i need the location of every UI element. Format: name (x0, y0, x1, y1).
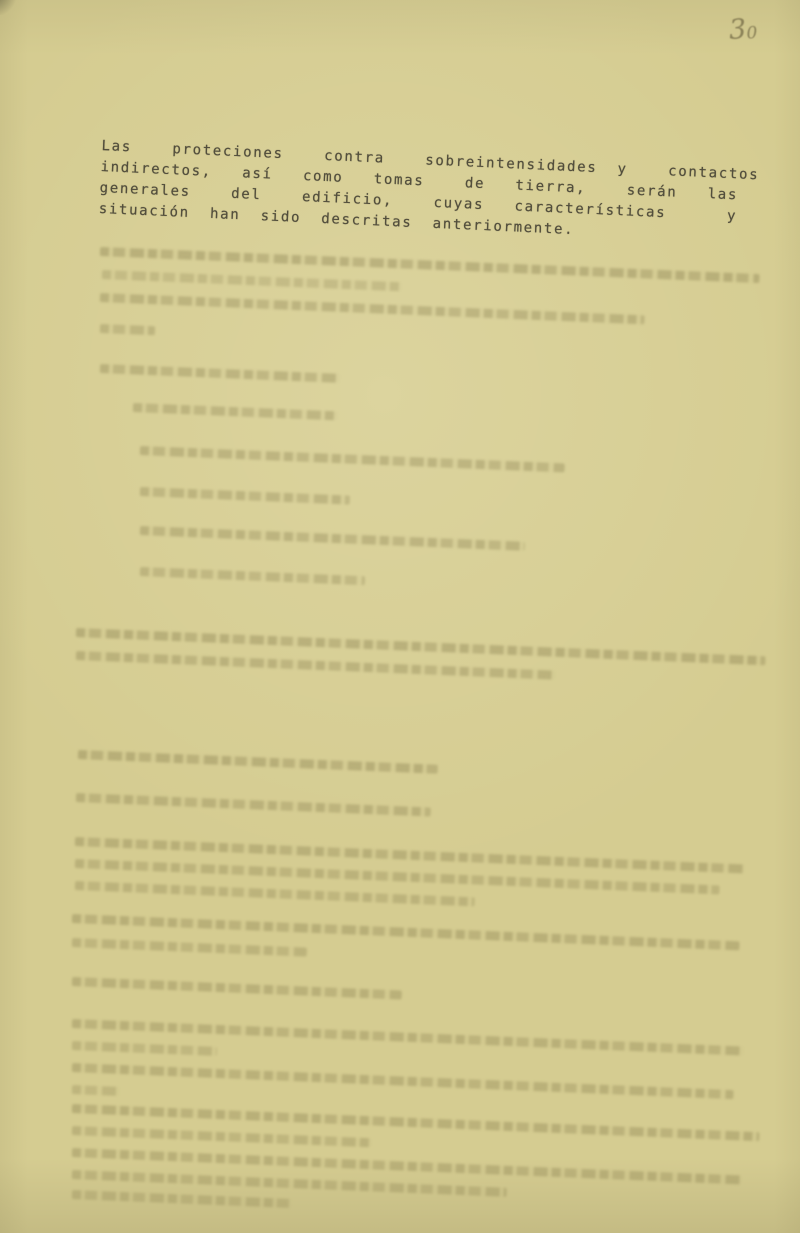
bleed-through-line (78, 750, 438, 774)
bleed-through-line (140, 526, 525, 551)
bleed-through-line (140, 487, 350, 505)
bleed-through-line (133, 403, 338, 420)
bleed-through-line (75, 837, 745, 873)
bleed-through-line (72, 1126, 372, 1147)
bleed-through-line (100, 364, 340, 383)
bleed-through-line (140, 446, 565, 472)
bleed-through-line (72, 1063, 734, 1099)
bleed-through-line (72, 1148, 742, 1184)
scanned-document-page: 30 Las proteciones contra sobreintensida… (0, 0, 800, 1233)
page-number-digit-2: 0 (746, 23, 759, 44)
bleed-through-line (72, 1019, 744, 1056)
bleed-through-line (140, 567, 365, 585)
scan-corner-shadow (0, 0, 19, 15)
handwritten-page-number: 30 (728, 13, 760, 46)
bleed-through-line (102, 270, 402, 291)
bleed-through-line (72, 1190, 292, 1208)
bleed-through-line (76, 628, 766, 665)
bleed-through-line (72, 1085, 120, 1096)
bleed-through-line (100, 293, 645, 324)
typed-paragraph: Las proteciones contra sobreintensidades… (98, 136, 800, 252)
bleed-through-line (100, 324, 155, 335)
bleed-through-line (100, 247, 760, 283)
bleed-through-line (72, 977, 402, 1000)
bleed-through-line (72, 938, 307, 957)
bleed-through-line (76, 793, 431, 817)
bleed-through-line (75, 881, 475, 906)
bleed-through-line (75, 859, 720, 894)
bleed-through-line (72, 1170, 507, 1197)
bleed-through-line (72, 1104, 760, 1141)
bleed-through-line (76, 651, 556, 680)
bleed-through-line (72, 914, 740, 950)
bleed-through-line (72, 1041, 217, 1056)
